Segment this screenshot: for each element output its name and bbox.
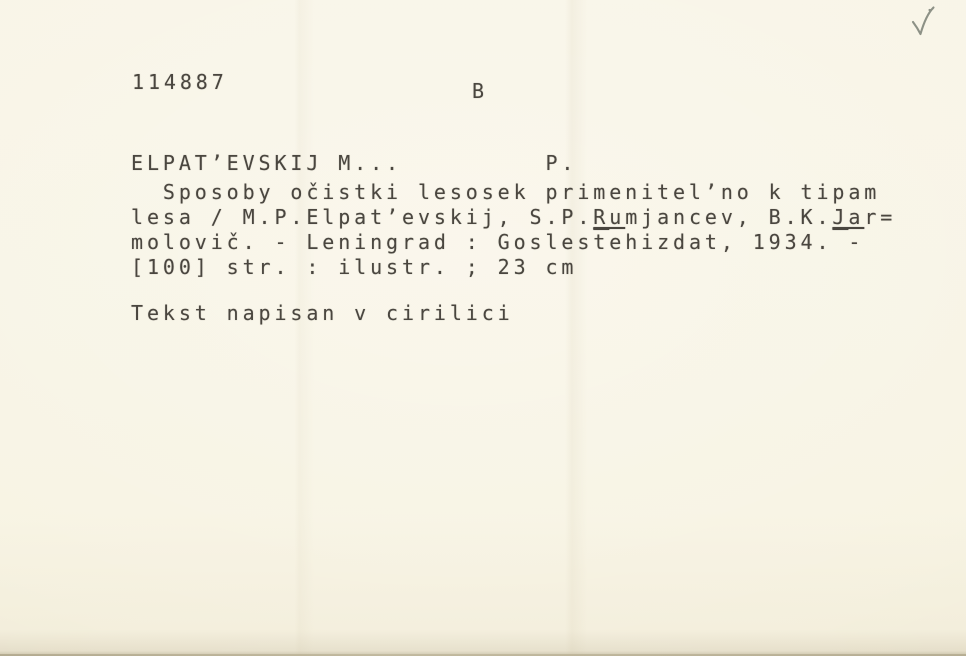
catalog-card-scan: 114887 B ELPAT’EVSKIJ M... P. Sposoby oč… <box>0 0 966 656</box>
classification-letter: B <box>472 79 488 104</box>
description-line: lesa / M.P.Elpat’evskij, S.P.Rumjancev, … <box>131 205 896 230</box>
pencil-checkmark-icon <box>908 5 940 43</box>
description-line: [100] str. : ilustr. ; 23 cm <box>131 255 896 280</box>
author-heading: ELPAT’EVSKIJ M... P. <box>131 151 577 176</box>
card-id-number: 114887 <box>132 70 228 95</box>
description-line: Sposoby očistki lesosek primenitel’no k … <box>131 180 896 205</box>
bibliographic-description: Sposoby očistki lesosek primenitel’no k … <box>131 180 896 280</box>
script-note: Tekst napisan v cirilici <box>131 301 514 326</box>
description-line: molovič. - Leningrad : Goslestehizdat, 1… <box>131 230 896 255</box>
